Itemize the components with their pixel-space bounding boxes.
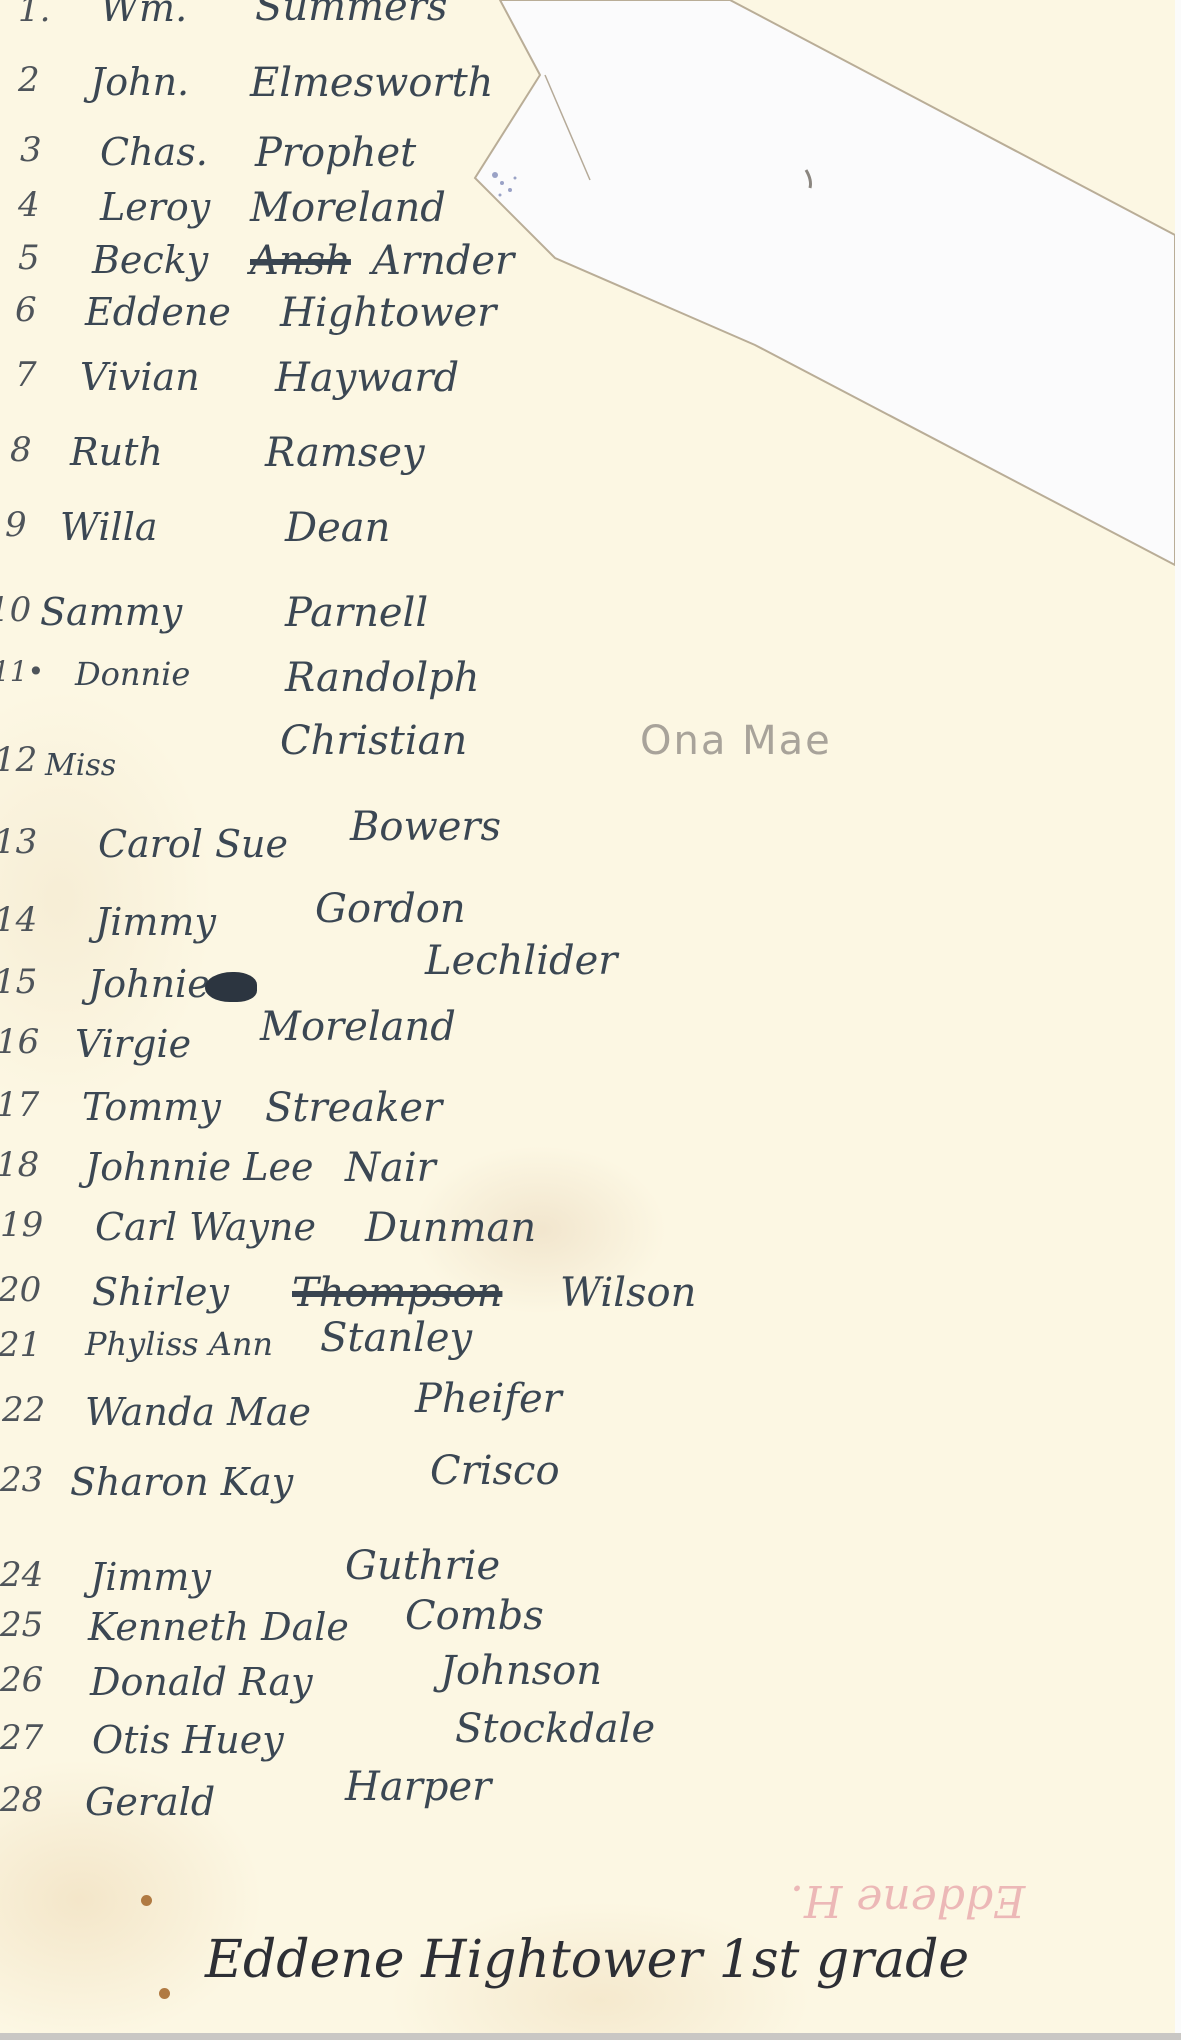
last-name: Harper xyxy=(345,1764,491,1810)
last-name: Stockdale xyxy=(455,1706,655,1752)
last-name: Moreland xyxy=(250,185,446,231)
last-name: Bowers xyxy=(350,804,501,850)
first-name: Leroy xyxy=(100,185,210,229)
row-number: 16 xyxy=(0,1022,39,1062)
teacher-signature: Eddene Hightower 1st grade xyxy=(205,1930,969,1990)
first-name: Otis Huey xyxy=(92,1718,284,1762)
last-name: Randolph xyxy=(285,655,480,701)
last-name: Stanley xyxy=(320,1315,472,1361)
row-number: 11• xyxy=(0,655,44,688)
row-number: 24 xyxy=(0,1555,43,1595)
first-name: Chas. xyxy=(100,130,208,174)
first-name: Johnnie Lee xyxy=(85,1145,313,1189)
last-name: Hayward xyxy=(275,355,459,401)
row-number: 2 xyxy=(18,60,40,100)
mirrored-pink-note: Eddene H. xyxy=(790,1875,1025,1926)
row-number: 3 xyxy=(20,130,42,170)
pencil-note: Ona Mae xyxy=(640,718,832,764)
first-name: Kenneth Dale xyxy=(88,1605,349,1649)
row-number: 26 xyxy=(0,1660,43,1700)
first-name: Vivian xyxy=(80,355,200,399)
row-number: 25 xyxy=(0,1605,43,1645)
last-name: Gordon xyxy=(315,886,466,932)
row-number: 9 xyxy=(5,505,27,545)
last-name: Dean xyxy=(285,505,390,551)
last-name: Crisco xyxy=(430,1448,560,1494)
first-name: Eddene xyxy=(85,290,231,334)
last-name: Christian xyxy=(280,718,467,764)
first-name: Shirley xyxy=(92,1270,229,1314)
first-name: Jimmy xyxy=(95,900,216,944)
first-name: Ruth xyxy=(70,430,163,474)
row-number: 10 xyxy=(0,590,31,630)
struck-surname: Ansh xyxy=(250,238,351,284)
last-name: Lechlider xyxy=(425,938,617,984)
last-name: Guthrie xyxy=(345,1543,500,1589)
last-name: Dunman xyxy=(365,1205,536,1251)
row-number: 27 xyxy=(0,1718,43,1758)
row-number: 5 xyxy=(18,238,40,278)
ink-blot xyxy=(205,972,257,1002)
last-name: Wilson xyxy=(560,1270,696,1316)
first-name: Donald Ray xyxy=(90,1660,313,1704)
row-number: 12 xyxy=(0,740,37,780)
last-name: Pheifer xyxy=(415,1376,562,1422)
last-name: Nair xyxy=(345,1145,436,1191)
last-name: Ramsey xyxy=(265,430,425,476)
first-name: Sammy xyxy=(40,590,182,634)
first-name: Phyliss Ann xyxy=(85,1325,273,1363)
first-name: Sharon Kay xyxy=(70,1460,293,1504)
first-name: Donnie xyxy=(75,655,190,693)
scan-edge-bottom xyxy=(0,2033,1181,2040)
last-name: Summers xyxy=(255,0,447,30)
first-name: Tommy xyxy=(82,1085,221,1129)
row-number: 21 xyxy=(0,1325,41,1365)
row-number: 19 xyxy=(0,1205,43,1245)
row-number: 17 xyxy=(0,1085,39,1125)
first-name: Becky xyxy=(92,238,208,282)
row-number: 6 xyxy=(15,290,37,330)
row-number: 13 xyxy=(0,822,37,862)
first-name: Wm. xyxy=(100,0,187,30)
first-name: Jimmy xyxy=(90,1555,211,1599)
struck-surname: Thompson xyxy=(292,1270,502,1316)
last-name: Arnder xyxy=(372,238,514,284)
last-name: Combs xyxy=(405,1593,544,1639)
last-name: Prophet xyxy=(255,130,416,176)
first-name: Miss xyxy=(45,748,116,783)
row-number: 14 xyxy=(0,900,37,940)
row-number: 18 xyxy=(0,1145,39,1185)
rust-spot xyxy=(141,1895,152,1906)
last-name: Hightower xyxy=(280,290,496,336)
roster-page: 1. Wm. Summers 2 John. Elmesworth 3 Chas… xyxy=(0,0,1175,2033)
row-number: 4 xyxy=(18,185,40,225)
row-number: 1. xyxy=(18,0,50,30)
first-name: Willa xyxy=(60,505,158,549)
roster-list: 1. Wm. Summers 2 John. Elmesworth 3 Chas… xyxy=(0,0,1175,2033)
row-number: 8 xyxy=(10,430,32,470)
first-name: Virgie xyxy=(75,1022,191,1066)
last-name: Johnson xyxy=(440,1648,602,1694)
last-name: Streaker xyxy=(265,1085,442,1131)
row-number: 15 xyxy=(0,962,37,1002)
row-number: 7 xyxy=(15,355,37,395)
scan-edge-right xyxy=(1175,0,1181,2033)
last-name: Moreland xyxy=(260,1004,456,1050)
first-name: Gerald xyxy=(85,1780,215,1824)
row-number: 23 xyxy=(0,1460,43,1500)
first-name: Carol Sue xyxy=(98,822,288,866)
row-number: 20 xyxy=(0,1270,41,1310)
first-name: Wanda Mae xyxy=(85,1390,311,1434)
first-name: Carl Wayne xyxy=(95,1205,316,1249)
first-name: Johnie xyxy=(88,962,210,1006)
first-name: John. xyxy=(90,60,189,104)
row-number: 22 xyxy=(2,1390,45,1430)
last-name: Parnell xyxy=(285,590,428,636)
row-number: 28 xyxy=(0,1780,43,1820)
rust-spot xyxy=(159,1988,170,1999)
last-name: Elmesworth xyxy=(250,60,493,106)
